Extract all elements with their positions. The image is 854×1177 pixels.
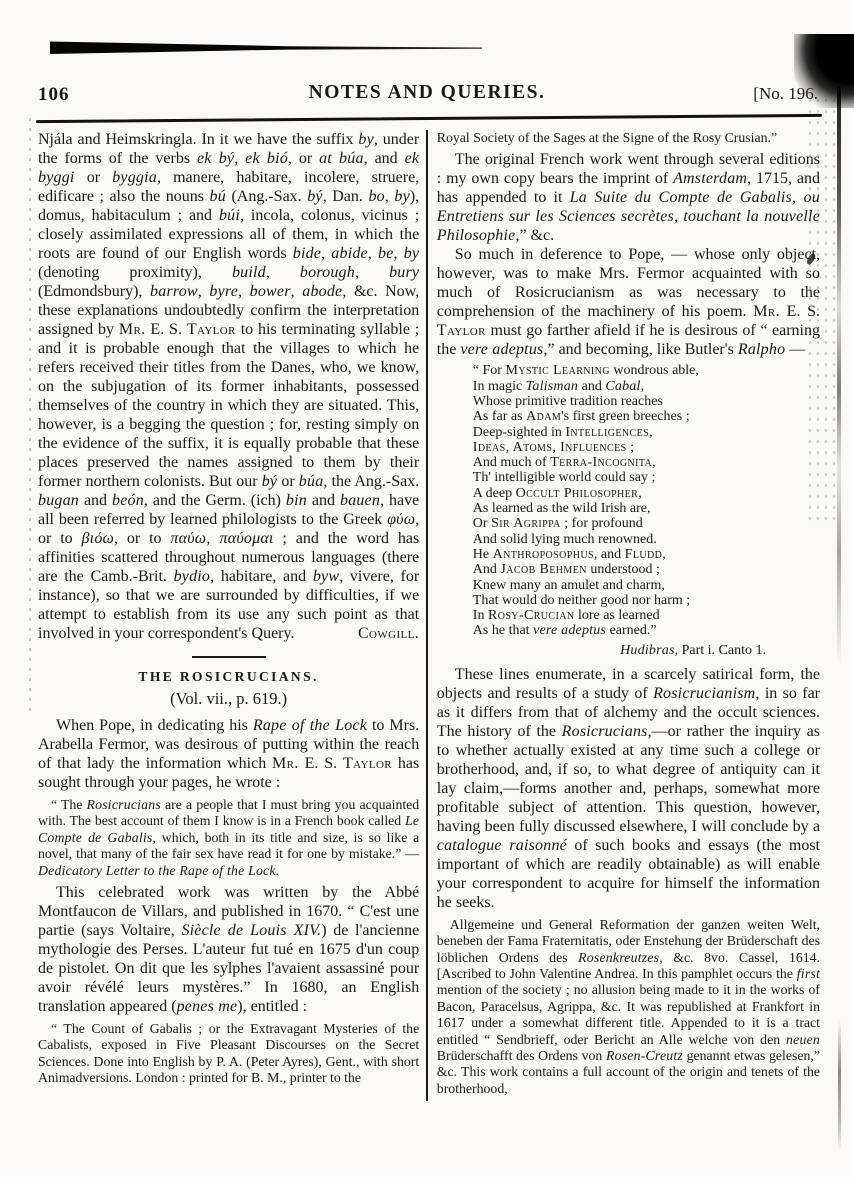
poem-line: Or Sir Agrippa ; for profound — [473, 516, 820, 531]
poem-line: As far as Adam's first green breeches ; — [473, 409, 820, 424]
small-print-quote: “ The Rosicrucians are a people that I m… — [38, 797, 419, 879]
poem-line: And solid lying much renowned. — [473, 532, 820, 547]
poem-line: In Rosy-Crucian lore as learned — [473, 608, 820, 623]
poem-line: Deep-sighted in Intelligences, — [473, 425, 820, 440]
small-print-quote: Royal Society of the Sages at the Signe … — [437, 130, 820, 146]
left-column: Njála and Heimskringla. In it we have th… — [38, 130, 426, 1101]
poem-attribution: Hudibras, Part i. Canto 1. — [437, 641, 766, 660]
poem-line: That would do neither good nor harm ; — [473, 593, 820, 608]
poem-line: Th' intelligible world could say ; — [473, 470, 820, 485]
section-heading: THE ROSICRUCIANS. — [38, 667, 419, 686]
paragraph: The original French work went through se… — [437, 150, 820, 245]
scan-artifact-left-dots — [29, 118, 31, 718]
small-print-quote: Allgemeine und General Reformation der g… — [437, 917, 820, 1097]
scan-artifact-edge-streak-lower — [838, 1020, 841, 1150]
issue-number: [No. 196. — [753, 84, 818, 104]
poem-line: In magic Talisman and Cabal, — [473, 379, 820, 394]
section-divider — [192, 656, 266, 658]
poem-line: And Jacob Behmen understood ; — [473, 562, 820, 577]
scan-artifact-edge-streak — [837, 86, 841, 666]
poem-line: As learned as the wild Irish are, — [473, 501, 820, 516]
paragraph: So much in deference to Pope, — whose on… — [437, 245, 820, 359]
section-reference: (Vol. vii., p. 619.) — [38, 689, 419, 708]
paragraph: These lines enumerate, in a scarcely sat… — [437, 665, 820, 912]
paragraph: This celebrated work was written by the … — [38, 883, 419, 1016]
poem-line: And much of Terra-Incognita, — [473, 455, 820, 470]
text-body: Njála and Heimskringla. In it we have th… — [38, 130, 820, 1101]
poem-quote: “ For Mystic Learning wondrous able,In m… — [473, 363, 820, 638]
poem-line: Knew many an amulet and charm, — [473, 578, 820, 593]
header-rule — [36, 114, 822, 123]
small-print-quote: “ The Count of Gabalis ; or the Extravag… — [38, 1021, 419, 1087]
poem-line: Ideas, Atoms, Influences ; — [473, 440, 820, 455]
poem-line: “ For Mystic Learning wondrous able, — [473, 363, 820, 378]
poem-line: Whose primitive tradition reaches — [473, 394, 820, 409]
paragraph: Njála and Heimskringla. In it we have th… — [38, 130, 419, 643]
poem-line: As he that vere adeptus earned.” — [473, 623, 820, 638]
paragraph: When Pope, in dedicating his Rape of the… — [38, 716, 419, 792]
poem-line: He Anthroposophus, and Fludd, — [473, 547, 820, 562]
poem-line: A deep Occult Philosopher, — [473, 486, 820, 501]
scan-artifact-top-wedge — [50, 41, 482, 54]
scanned-page: 106 NOTES AND QUERIES. [No. 196. Njála a… — [0, 0, 854, 1177]
right-column: Royal Society of the Sages at the Signe … — [428, 130, 820, 1101]
journal-title: NOTES AND QUERIES. — [0, 82, 854, 104]
